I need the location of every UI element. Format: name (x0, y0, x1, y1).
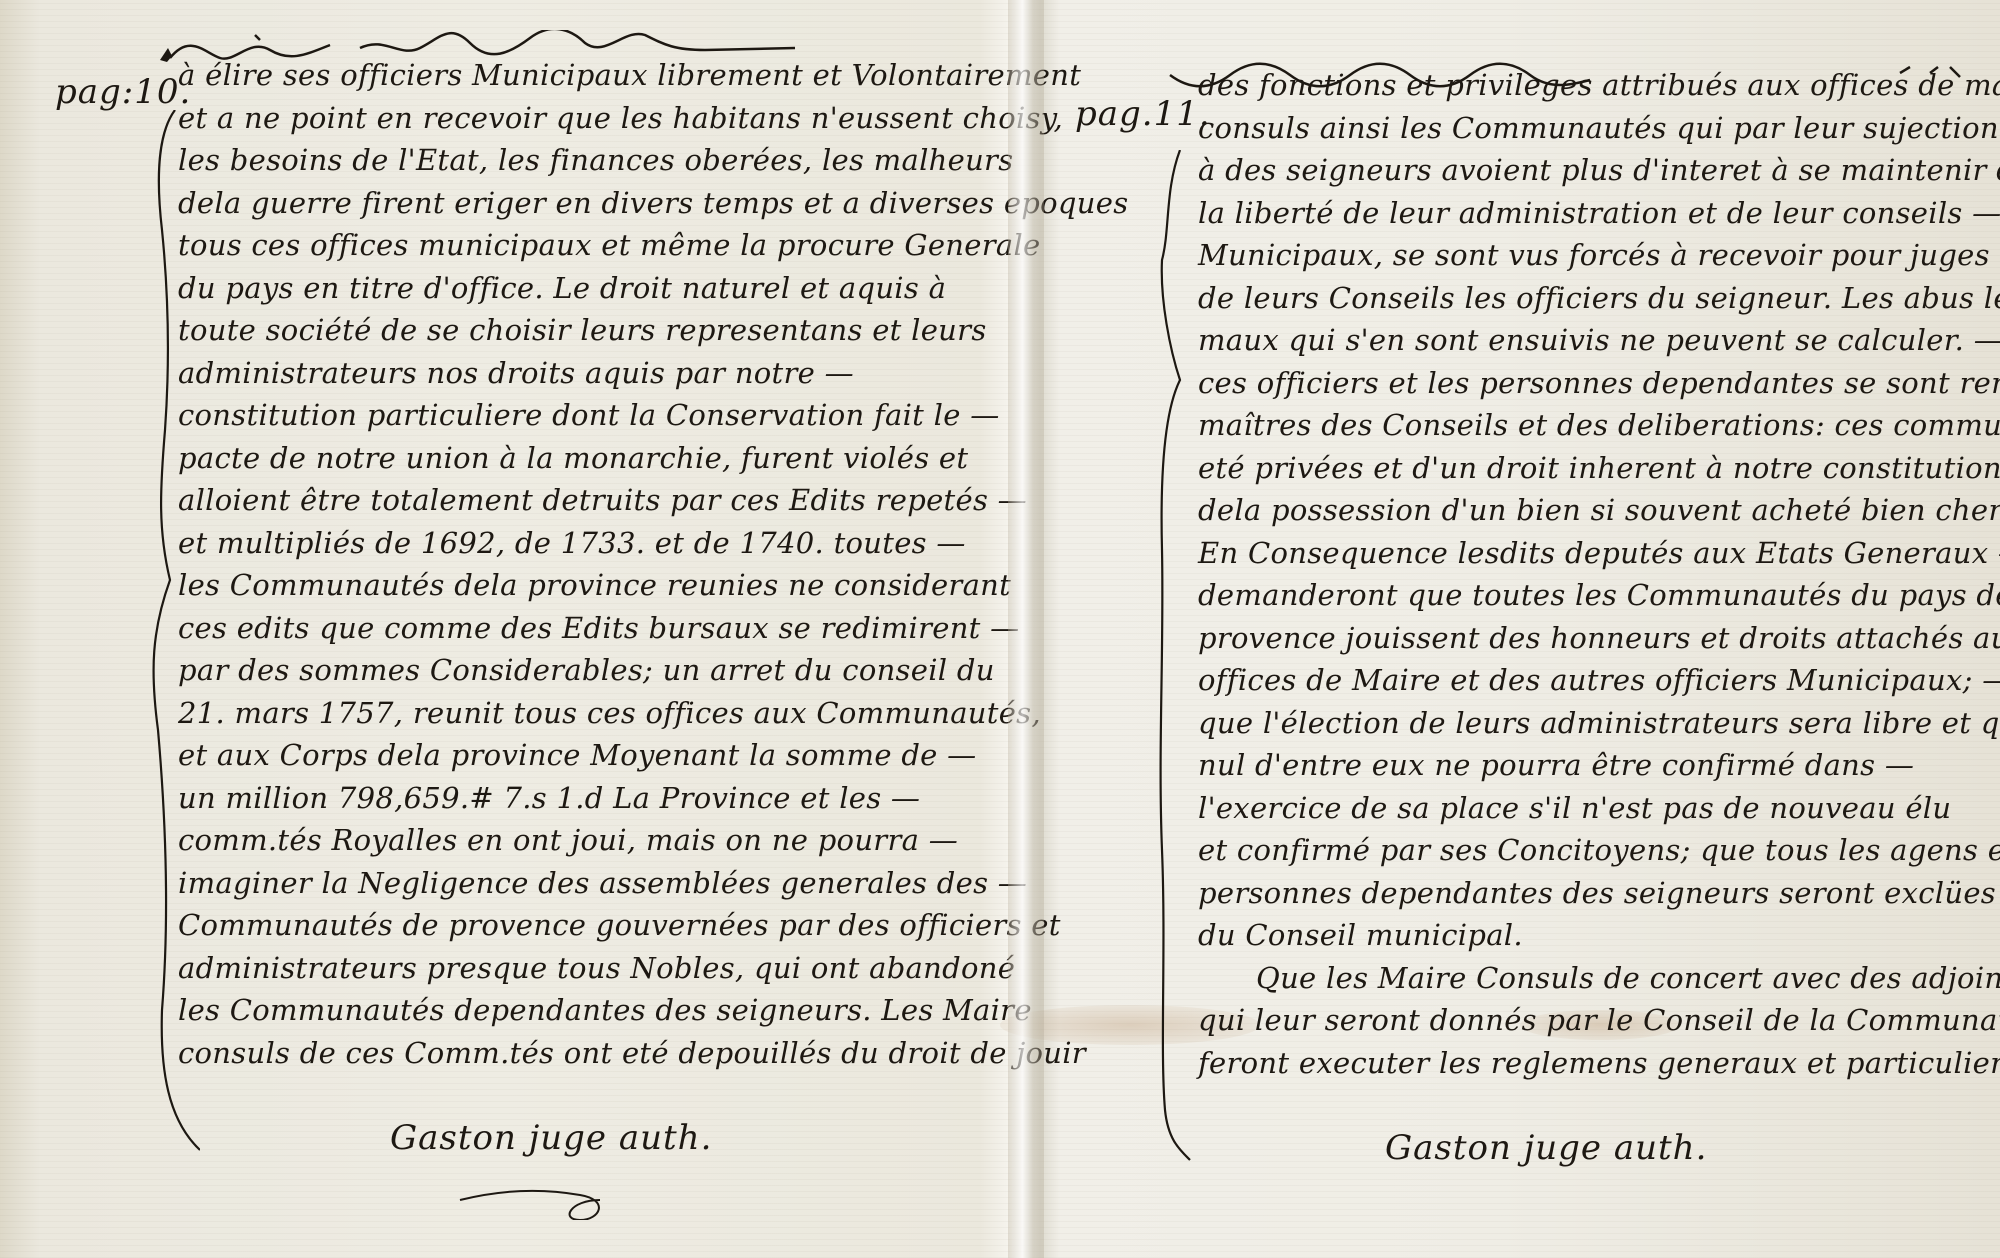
text-line: qui leur seront donnés par le Conseil de… (1198, 999, 1998, 1042)
text-line: personnes dependantes des seigneurs sero… (1198, 872, 1998, 915)
text-line: que l'élection de leurs administrateurs … (1198, 702, 1998, 745)
text-line: Municipaux, se sont vus forcés à recevoi… (1198, 234, 1998, 277)
text-line: Que les Maire Consuls de concert avec de… (1198, 957, 1998, 1000)
margin-brace (1140, 150, 1200, 1170)
text-line: et confirmé par ses Concitoyens; que tou… (1198, 829, 1998, 872)
right-page: pag.11. des fonctions et privileges attr… (0, 0, 2000, 1258)
text-line: à des seigneurs avoient plus d'interet à… (1198, 149, 1998, 192)
text-line: eté privées et d'un droit inherent à not… (1198, 447, 1998, 490)
text-line: dela possession d'un bien si souvent ach… (1198, 489, 1998, 532)
text-line: consuls ainsi les Communautés qui par le… (1198, 107, 1998, 150)
text-line: demanderont que toutes les Communautés d… (1198, 574, 1998, 617)
text-line: la liberté de leur administration et de … (1198, 192, 1998, 235)
text-line: du Conseil municipal. (1198, 914, 1998, 957)
text-line: En Consequence lesdits deputés aux Etats… (1198, 532, 1998, 575)
text-line: l'exercice de sa place s'il n'est pas de… (1198, 787, 1998, 830)
signature: Gaston juge auth. (1385, 1128, 1707, 1168)
text-line: maux qui s'en sont ensuivis ne peuvent s… (1198, 319, 1998, 362)
text-line: des fonctions et privileges attribués au… (1198, 64, 1998, 107)
text-line: nul d'entre eux ne pourra être confirmé … (1198, 744, 1998, 787)
manuscript-spread: pag:10. à élire ses officiers Municipaux… (0, 0, 2000, 1258)
text-line: offices de Maire et des autres officiers… (1198, 659, 1998, 702)
text-line: ces officiers et les personnes dependant… (1198, 362, 1998, 405)
page-number-label: pag.11. (1075, 94, 1211, 134)
text-line: maîtres des Conseils et des deliberation… (1198, 404, 1998, 447)
text-line: feront executer les reglemens generaux e… (1198, 1042, 1998, 1085)
text-line: provence jouissent des honneurs et droit… (1198, 617, 1998, 660)
right-page-text: des fonctions et privileges attribués au… (1198, 64, 1998, 1084)
text-line: de leurs Conseils les officiers du seign… (1198, 277, 1998, 320)
